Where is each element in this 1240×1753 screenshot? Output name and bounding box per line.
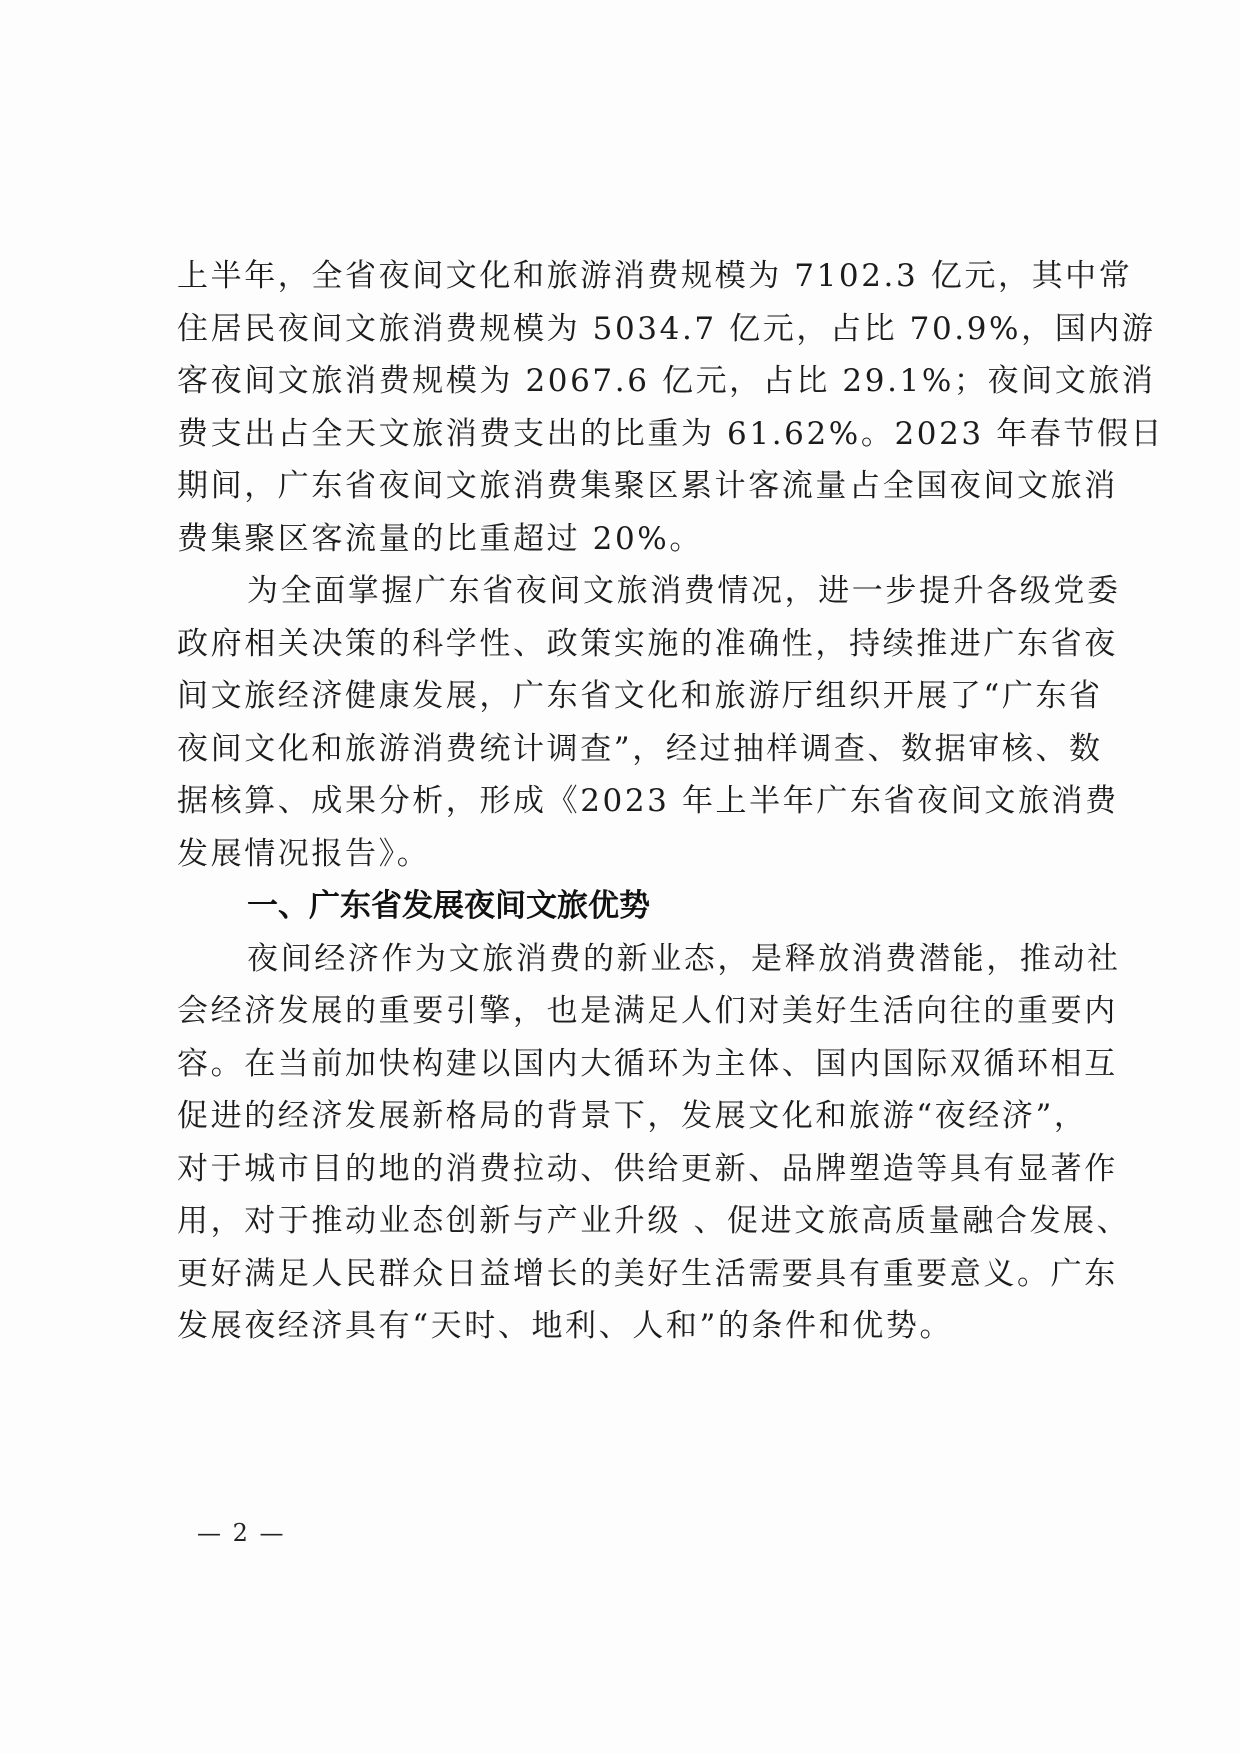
text-line: 据核算、成果分析，形成《2023 年上半年广东省夜间文旅消费 bbox=[177, 775, 1027, 828]
text-line: 费支出占全天文旅消费支出的比重为 61.62%。2023 年春节假日 bbox=[177, 408, 1027, 461]
text-line: 费集聚区客流量的比重超过 20%。 bbox=[177, 513, 1027, 566]
text-line: 对于城市目的地的消费拉动、供给更新、品牌塑造等具有显著作 bbox=[177, 1143, 1027, 1196]
text-line: 发展情况报告》。 bbox=[177, 828, 1027, 881]
text-line: 发展夜经济具有“天时、地利、人和”的条件和优势。 bbox=[177, 1300, 1027, 1353]
page-number: — 2 — bbox=[197, 1519, 286, 1547]
text-line: 容。在当前加快构建以国内大循环为主体、国内国际双循环相互 bbox=[177, 1038, 1027, 1091]
paragraph-purpose: 为全面掌握广东省夜间文旅消费情况，进一步提升各级党委 政府相关决策的科学性、政策… bbox=[177, 565, 1027, 880]
text-line: 更好满足人民群众日益增长的美好生活需要具有重要意义。广东 bbox=[177, 1248, 1027, 1301]
document-body: 上半年，全省夜间文化和旅游消费规模为 7102.3 亿元，其中常 住居民夜间文旅… bbox=[177, 250, 1027, 1353]
text-line: 间文旅经济健康发展，广东省文化和旅游厅组织开展了“广东省 bbox=[177, 670, 1027, 723]
text-line: 夜间经济作为文旅消费的新业态，是释放消费潜能，推动社 bbox=[177, 933, 1027, 986]
text-line: 用，对于推动业态创新与产业升级 、促进文旅高质量融合发展、 bbox=[177, 1195, 1027, 1248]
text-line: 为全面掌握广东省夜间文旅消费情况，进一步提升各级党委 bbox=[177, 565, 1027, 618]
text-line: 上半年，全省夜间文化和旅游消费规模为 7102.3 亿元，其中常 bbox=[177, 250, 1027, 303]
text-line: 客夜间文旅消费规模为 2067.6 亿元，占比 29.1%；夜间文旅消 bbox=[177, 355, 1027, 408]
text-line: 期间，广东省夜间文旅消费集聚区累计客流量占全国夜间文旅消 bbox=[177, 460, 1027, 513]
text-line: 住居民夜间文旅消费规模为 5034.7 亿元，占比 70.9%，国内游 bbox=[177, 303, 1027, 356]
document-page: 上半年，全省夜间文化和旅游消费规模为 7102.3 亿元，其中常 住居民夜间文旅… bbox=[0, 0, 1240, 1753]
paragraph-section-1: 夜间经济作为文旅消费的新业态，是释放消费潜能，推动社 会经济发展的重要引擎，也是… bbox=[177, 933, 1027, 1353]
text-line: 促进的经济发展新格局的背景下，发展文化和旅游“夜经济”， bbox=[177, 1090, 1027, 1143]
text-line: 会经济发展的重要引擎，也是满足人们对美好生活向往的重要内 bbox=[177, 985, 1027, 1038]
section-heading: 一、广东省发展夜间文旅优势 bbox=[177, 880, 1027, 933]
text-line: 夜间文化和旅游消费统计调查”，经过抽样调查、数据审核、数 bbox=[177, 723, 1027, 776]
text-line: 政府相关决策的科学性、政策实施的准确性，持续推进广东省夜 bbox=[177, 618, 1027, 671]
paragraph-summary: 上半年，全省夜间文化和旅游消费规模为 7102.3 亿元，其中常 住居民夜间文旅… bbox=[177, 250, 1027, 565]
